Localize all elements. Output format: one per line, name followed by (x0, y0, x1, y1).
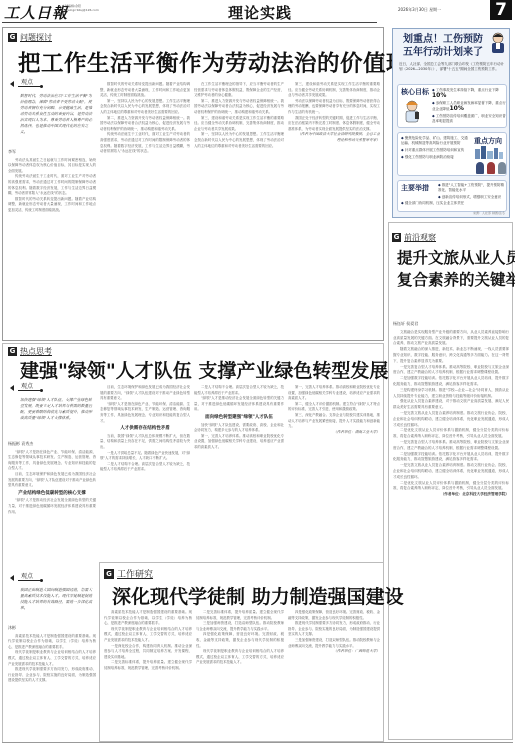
measure-item: 推进"人工智能+工伤预防"，提升预防精准化、智能化水平 (438, 183, 504, 193)
viewpoint-text: 加快建强"绿领"人才队伍，支撑产业绿色转型发展，既要立足人才培养与供需的数量匹配… (6, 397, 98, 421)
article-author: 沐彬 (8, 625, 96, 631)
paragraph: 一是完善文旅从业人员复合素养培育制度。推动文旅行业协会、院校、企业和社会培训机构… (393, 463, 509, 480)
paragraph: "绿领"人才是指在绿色产业、节能环保、清洁能源、生态修复等领域从事技术研发、生产… (8, 450, 96, 472)
article1-col3: 在工作生活平衡理念的指导下，应当平衡劳动者的生产经营需求与劳动者休息休假权益，既… (194, 82, 284, 336)
directions-box: 聚焦危险化学品、矿山、建筑施工、交通运输、机械制造等高风险行业开展预防 针对重点… (397, 132, 507, 176)
subheading: 产业结构绿色低碳转型的核心支撑 (8, 491, 96, 497)
article1-section-tag: G 问题探讨 (8, 32, 52, 43)
paragraph: 数智时代的劳动关系转变提出新问题。随着产业结构调整，新就业形态劳动者大量涌现，工… (100, 82, 190, 99)
paragraph: 我国正处于经济转型的关键时期，促进工作与生活平衡，应在法治框架内不断完善工时制度… (288, 116, 380, 133)
paragraph: 一是人才供给总量不足。随着绿色产业快速发展，对"绿领"人才的需求持续增长，人才缺… (100, 451, 190, 462)
goal-text: 参保职工人员职业病发病率显著下降，重点行业企业降低 (432, 101, 506, 111)
speaker-icon (10, 385, 14, 391)
paragraph: 第二，推进人力资源开发与劳动者权益保障相统一。我国劳动法以保障劳动者合法权益为核… (194, 99, 284, 116)
goal-text: 工伤预防宣传培训覆盖面广，职业安全知识普及率明显提高 (432, 114, 506, 123)
paragraph: 目前，生态环境保护和绿色发展已成为我国经济社会发展的重要方向，"绿领"人才队伍建… (8, 472, 96, 489)
paragraph: 二是优化文旅从业人员评价体系与激励机制，健全分层分类的评价标准，将复合素养纳入职… (393, 481, 509, 493)
section-title: 理论实践 (228, 2, 292, 23)
viewpoint-text: 我国正由制造大国向制造强国迈进，急需大量高素质技术技能人才。现代学徒制是促进技能… (6, 587, 98, 611)
worker-phone-icon (402, 99, 422, 125)
article1-headline: 把工作生活平衡作为劳动法治的价值理念 (18, 46, 432, 78)
persons-row (476, 162, 506, 174)
article3-col2: 目前，生态环境保护和绿色发展已成为我国经济社会发展的重要方向，"绿领"人才队伍建… (100, 385, 190, 555)
goal-item: 工伤预防宣传培训覆盖面广，职业安全知识普及率明显提高 (432, 114, 506, 124)
goal-item: 工伤事故发生率持续下降，重点行业下降10% (432, 88, 506, 99)
goal-highlight: 10% (432, 92, 446, 99)
article1-col2: 数智时代的劳动关系转变提出新问题。随着产业结构调整，新就业形态劳动者大量涌现，工… (100, 82, 190, 336)
paragraph: 当前，我国"绿领"人才队伍总体规模不断扩大，但在数量、结构和质量上仍存在不足，供… (100, 434, 190, 451)
article4-col3: 二是完善标准体系，提升培养质量。建立健全现代学徒制培养标准，规范教学管理，完善考… (196, 610, 284, 738)
person-icon (487, 162, 495, 174)
g-logo-icon: G (104, 569, 114, 579)
paragraph: 随着文旅融合的深入推进，新技术、新业态不断涌现，一线人员需要掌握专业知识、数字技… (393, 347, 509, 364)
paragraph: 文旅融合是实现服务型产业升级的重要方向，从业人员素养直接影响行业高质量发展的关键… (393, 330, 509, 347)
paragraph: 二是完善标准体系，提升培养质量。建立健全现代学徒制培养标准，规范教学管理，完善考… (104, 660, 192, 671)
paragraph: 二是加强数字技能培训。依托数字化平台开展从业人员培训，提升数字化服务能力，推动智… (393, 376, 509, 388)
direction-item: 针对重点群体开展工伤预防培训和宣传 (401, 148, 471, 153)
paragraph: "绿领"人才是指在绿色产业、节能环保、清洁能源、生态修复等领域从事技术研发、生产… (100, 402, 190, 424)
issue-date: 2026年3月30日 星期一 (398, 7, 441, 13)
paragraph: 数智时代的劳动关系转变提出新问题。随着产业结构调整，新就业形态劳动者大量涌现，工… (8, 197, 96, 214)
paragraph: 推进现代学徒制需要多方协同发力，形成政府推动、行业指导、企业参与、院校实施的良好… (8, 667, 96, 684)
paragraph: 现代学徒制是职业教育与企业培训相结合的人才培养模式，通过校企双主体育人、工学交替… (196, 649, 284, 666)
article-author: 杨振彬 袁秀杰 (8, 441, 96, 447)
paragraph: 三是加强师资建设，打造双师型队伍。推动院校教师与企业师傅双向交流，提升教学能力与… (196, 621, 284, 632)
paragraph: 高素质技术技能人才是制造强国建设的重要基础。现代学徒制以校企合作为基础，以学生（… (8, 634, 96, 651)
subheading: 人才供需存在结构性矛盾 (100, 426, 190, 432)
page-number: 7 (490, 0, 512, 20)
infographic-intro: 近日，人社部、全国总工会等九部门联合印发《工伤预防五年行动计划（2026—203… (399, 62, 507, 72)
masthead-rule (2, 22, 377, 23)
paragraph: 劳动法从其诞生之日起就与工作时间紧密相连，始终以保障劳动者休息权为核心价值目标，… (8, 158, 96, 175)
measures-title: 主要举措 (401, 183, 429, 193)
title-line: 划重点！工伤预防 (399, 33, 487, 46)
headline-line: 提升文旅从业人员 (397, 247, 507, 269)
paragraph: 现代学徒制是职业教育与企业培训相结合的人才培养模式，通过校企双主体育人、工学交替… (8, 650, 96, 667)
paragraph: 第一，坚持以人民为中心的发展思想。工作生活平衡理念契合新时代以人民为中心的发展思… (100, 99, 190, 116)
title-line: 五年行动计划来了 (399, 46, 487, 59)
article4-section-tag: G 工作研究 (104, 567, 153, 580)
viewpoint-label: 观点 (18, 80, 41, 87)
paragraph: 四是强化政策保障，营造良好环境。完善财政、税收、金融等支持政策，激发企业参与现代… (196, 632, 284, 649)
article-author: 杨钰轩 侯爱君 (393, 321, 509, 327)
author-note: （作者单位：湖南工业大学） (288, 430, 380, 436)
paragraph: 传统劳动法诞生于工业时代，面对工业生产对劳动者的高强度需求，劳动法通过对工作时间… (8, 174, 96, 196)
author-note: （作者单位：广西师范大学） (288, 649, 380, 655)
section-tag-label: 问题探讨 (20, 32, 52, 43)
article3-col4: 第一，完善人才培养体系。推动高校和职业院校优化专业设置，加强绿色低碳相关学科专业… (288, 385, 380, 555)
paragraph: 二是加强数字技能培训。依托数字化平台开展从业人员培训，提升数字化服务能力，推动智… (393, 452, 509, 464)
g-logo-icon: G (392, 233, 401, 242)
paragraph: 劳动法以保障劳动者权益为目标，既要保障劳动者获得合理的劳动报酬，也要保障劳动者享… (288, 99, 380, 116)
paragraph: 目前，生态环境保护和绿色发展已成为我国经济社会发展的重要方向，"绿领"人才队伍建… (100, 385, 190, 402)
speaker-icon (10, 575, 14, 581)
article3-viewpoint: 观点 加快建强"绿领"人才队伍，支撑产业绿色转型发展，既要立足人才培养与供需的数… (6, 384, 98, 421)
article1-col4: 第三，建设和谐劳动关系是实现工作生活平衡的重要路径。应当健全劳动关系协调机制，完… (288, 82, 380, 336)
paragraph: 二是优化文旅从业人员评价体系与激励机制，健全分层分类的评价标准，将复合素养纳入职… (393, 428, 509, 440)
paragraph: 三是加强师资建设，打造双师型队伍。推动院校教师与企业师傅双向交流，提升教学能力与… (288, 638, 380, 649)
article3-headline: 建强"绿领"人才队伍 支撑产业绿色转型发展 (20, 356, 388, 383)
goal-item: 参保职工人员职业病发病率显著下降，重点行业企业降低10% (432, 101, 506, 112)
infographic-title: 划重点！工伤预防 五年行动计划来了 (399, 33, 487, 59)
article1-viewpoint: 观点 数智时代，劳动法治应以"工作生活平衡"为价值理念，保障"劳动者不受劳动支配… (6, 80, 98, 135)
paragraph: "绿领"人才是推动经济社会发展全面绿色转型的关键力量，对于推进绿色低碳循环发展经… (8, 498, 96, 515)
paragraph: 二是完善标准体系，提升培养质量。建立健全现代学徒制培养标准，规范教学管理，完善考… (196, 610, 284, 621)
paragraph: 在工作生活平衡理念的指导下，应当平衡劳动者的生产经营需求与劳动者休息休假权益，既… (194, 82, 284, 99)
paragraph: 一是深化校企合作，构建协同育人机制。推动企业深度参与人才培养全过程，共同制定培养… (104, 644, 192, 661)
article3-col1: 杨振彬 袁秀杰 "绿领"人才是指在绿色产业、节能环保、清洁能源、生态修复等领域从… (8, 438, 96, 558)
viewpoint-header: 观点 (6, 384, 98, 391)
paragraph: 现代学徒制是职业教育与企业培训相结合的人才培养模式，通过校企双主体育人、工学交替… (104, 627, 192, 644)
direction-item: 强化工伤预防与职业病防治衔接 (401, 155, 471, 160)
viewpoint-label: 观点 (18, 384, 41, 391)
paragraph: 传统劳动法诞生于工业时代，面对工业生产对劳动者的高强度需求，劳动法通过对工作时间… (100, 132, 190, 154)
paragraph: 高素质技术技能人才是制造强国建设的重要基础。现代学徒制以校企合作为基础，以学生（… (104, 610, 192, 627)
viewpoint-header: 观点 (6, 574, 98, 581)
direction-item: 聚焦危险化学品、矿山、建筑施工、交通运输、机械制造等高风险行业开展预防 (401, 136, 471, 146)
measures-box: 主要举措 推进"人工智能+工伤预防"，提升预防精准化、智能化水平 创新宣传培训形… (397, 180, 507, 212)
article4-col2: 高素质技术技能人才是制造强国建设的重要基础。现代学徒制以校企合作为基础，以学生（… (104, 610, 192, 738)
masthead-editor-info: 本版编辑/余阳 E-mail:grrbllsj@126.com (62, 4, 99, 12)
paragraph: 一是完善复合型人才培养体系。推动高等院校、职业院校与文旅企业深度合作，建立产教融… (393, 440, 509, 452)
article4-col4: 四是强化政策保障，营造良好环境。完善财政、税收、金融等支持政策，激发企业参与现代… (288, 610, 380, 738)
paragraph: 第一，完善人才培养体系。推动高校和职业院校优化专业设置，加强绿色低碳相关学科专业… (194, 434, 284, 451)
paragraph: 第三，建设和谐劳动关系是实现工作生活平衡的重要路径。应当健全劳动关系协调机制，完… (194, 116, 284, 133)
author-note: （作者为中国政法大学社会法研究院教授、全总工会理论和劳动关系智库专家） (288, 132, 380, 143)
paragraph: 推进现代学徒制需要多方协同发力，形成政府推动、行业指导、企业参与、院校实施的良好… (288, 621, 380, 638)
worker-figure-icon (489, 32, 507, 54)
g-logo-icon: G (8, 33, 17, 42)
measure-item: 健全部门协同机制，压实企业主体责任 (401, 201, 481, 206)
page-bottom-rule (2, 742, 513, 743)
paragraph: 第二，健全人才评价激励机制。建立符合"绿领"人才特点的评价标准，完善人才引进、使… (288, 402, 380, 413)
paragraph: 二是人才结构不合理。高层次复合型人才较为缺乏，技能型人才培养滞后于产业需求。 (194, 385, 284, 396)
newspaper-logo: 工人日報 (4, 2, 68, 23)
viewpoint-header: 观点 (6, 80, 98, 87)
section-tag-label: 工作研究 (117, 567, 153, 580)
article4-col1: 沐彬 高素质技术技能人才是制造强国建设的重要基础。现代学徒制以校企合作为基础，以… (8, 622, 96, 738)
viewpoint-label: 观点 (18, 574, 41, 581)
masthead: 工人日報 本版编辑/余阳 E-mail:grrbllsj@126.com 理论实… (0, 0, 515, 22)
article2-headline: 提升文旅从业人员 复合素养的关键举措 (397, 247, 507, 291)
paragraph: 一是完善复合型人才培养体系。推动高等院校、职业院校与文旅企业深度合作，建立产教融… (393, 365, 509, 377)
paragraph: 四是强化政策保障，营造良好环境。完善财政、税收、金融等支持政策，激发企业参与现代… (288, 610, 380, 621)
paragraph: 第一，完善人才培养体系。推动高校和职业院校优化专业设置，加强绿色低碳相关学科专业… (288, 385, 380, 402)
article2-section-tag: G 前沿观察 (392, 232, 436, 243)
goal-highlight: 10% (450, 105, 464, 112)
article2-body: 杨钰轩 侯爱君 文旅融合是实现服务型产业升级的重要方向，从业人员素养直接影响行业… (393, 318, 509, 738)
paragraph: "绿领"人才是推动经济社会发展全面绿色转型的关键力量，对于推进绿色低碳循环发展经… (194, 396, 284, 413)
author-note: （作者单位：北京科技大学经济管理学院） (393, 492, 509, 498)
paragraph: 二是人才结构不合理。高层次复合型人才较为缺乏，技能型人才培养滞后于产业需求。 (100, 462, 190, 473)
g-logo-icon: G (8, 347, 17, 356)
city-buildings-icon (474, 145, 504, 159)
article3-col3: 二是人才结构不合理。高层次复合型人才较为缺乏，技能型人才培养滞后于产业需求。 "… (194, 385, 284, 555)
infographic: 划重点！工伤预防 五年行动计划来了 近日，人社部、全国总工会等九部门联合印发《工… (392, 28, 510, 218)
paragraph: 第三，深化产教融合。支持企业与院校共建实训基地，推动人才培养与产业发展紧密衔接，… (288, 413, 380, 430)
goals-box: 核心目标 工伤事故发生率持续下降，重点行业下降10% 参保职工人员职业病发病率显… (397, 84, 507, 128)
infographic-footer: 来源：人社部 制图/张冬 (473, 211, 505, 215)
paragraph: 第一，坚持以人民为中心的发展思想。工作生活平衡理念契合新时代以人民为中心的发展思… (194, 132, 284, 149)
paragraph: 加快"绿领"人才队伍建设，需要政府、高校、企业和社会协同发力，构建多元参与的人才… (194, 423, 284, 434)
headline-line: 复合素养的关键举措 (397, 269, 507, 291)
paragraph: 强化从业人员复合素养建设，对于推动文旅产业高质量发展、满足人民群众美好生活需要具… (393, 399, 509, 411)
section-tag-label: 前沿观察 (404, 232, 436, 243)
article-author: 李军 (8, 149, 96, 155)
email-line: E-mail:grrbllsj@126.com (62, 8, 99, 12)
goals-title: 核心目标 (401, 87, 429, 97)
person-icon (498, 162, 506, 174)
person-icon (476, 162, 484, 174)
paragraph: 三是构建终身学习机制。推进"学校—企业—社会"协同育人，鼓励从业人员持续提升专业… (393, 388, 509, 400)
article4-viewpoint: 观点 我国正由制造大国向制造强国迈进，急需大量高素质技术技能人才。现代学徒制是促… (6, 574, 98, 611)
subheading: 面向绿色转型建强"绿领"人才队伍 (194, 415, 284, 421)
viewpoint-text: 数智时代，劳动法治应以"工作生活平衡"为价值理念，保障"劳动者不受劳动支配"，使… (6, 93, 98, 135)
speaker-icon (10, 81, 14, 87)
paragraph: 一是完善文旅从业人员复合素养培育制度。推动文旅行业协会、院校、企业和社会培训机构… (393, 411, 509, 428)
paragraph: 第三，建设和谐劳动关系是实现工作生活平衡的重要路径。应当健全劳动关系协调机制，完… (288, 82, 380, 99)
article1-col1: 李军 劳动法从其诞生之日起就与工作时间紧密相连，始终以保障劳动者休息权为核心价值… (8, 146, 96, 336)
paragraph: 第二，推进人力资源开发与劳动者权益保障相统一。我国劳动法以保障劳动者合法权益为核… (100, 116, 190, 133)
measure-item: 创新宣传培训形式，增强职工安全意识 (438, 195, 504, 200)
article4-headline: 深化现代学徒制 助力制造强国建设 (112, 582, 404, 609)
